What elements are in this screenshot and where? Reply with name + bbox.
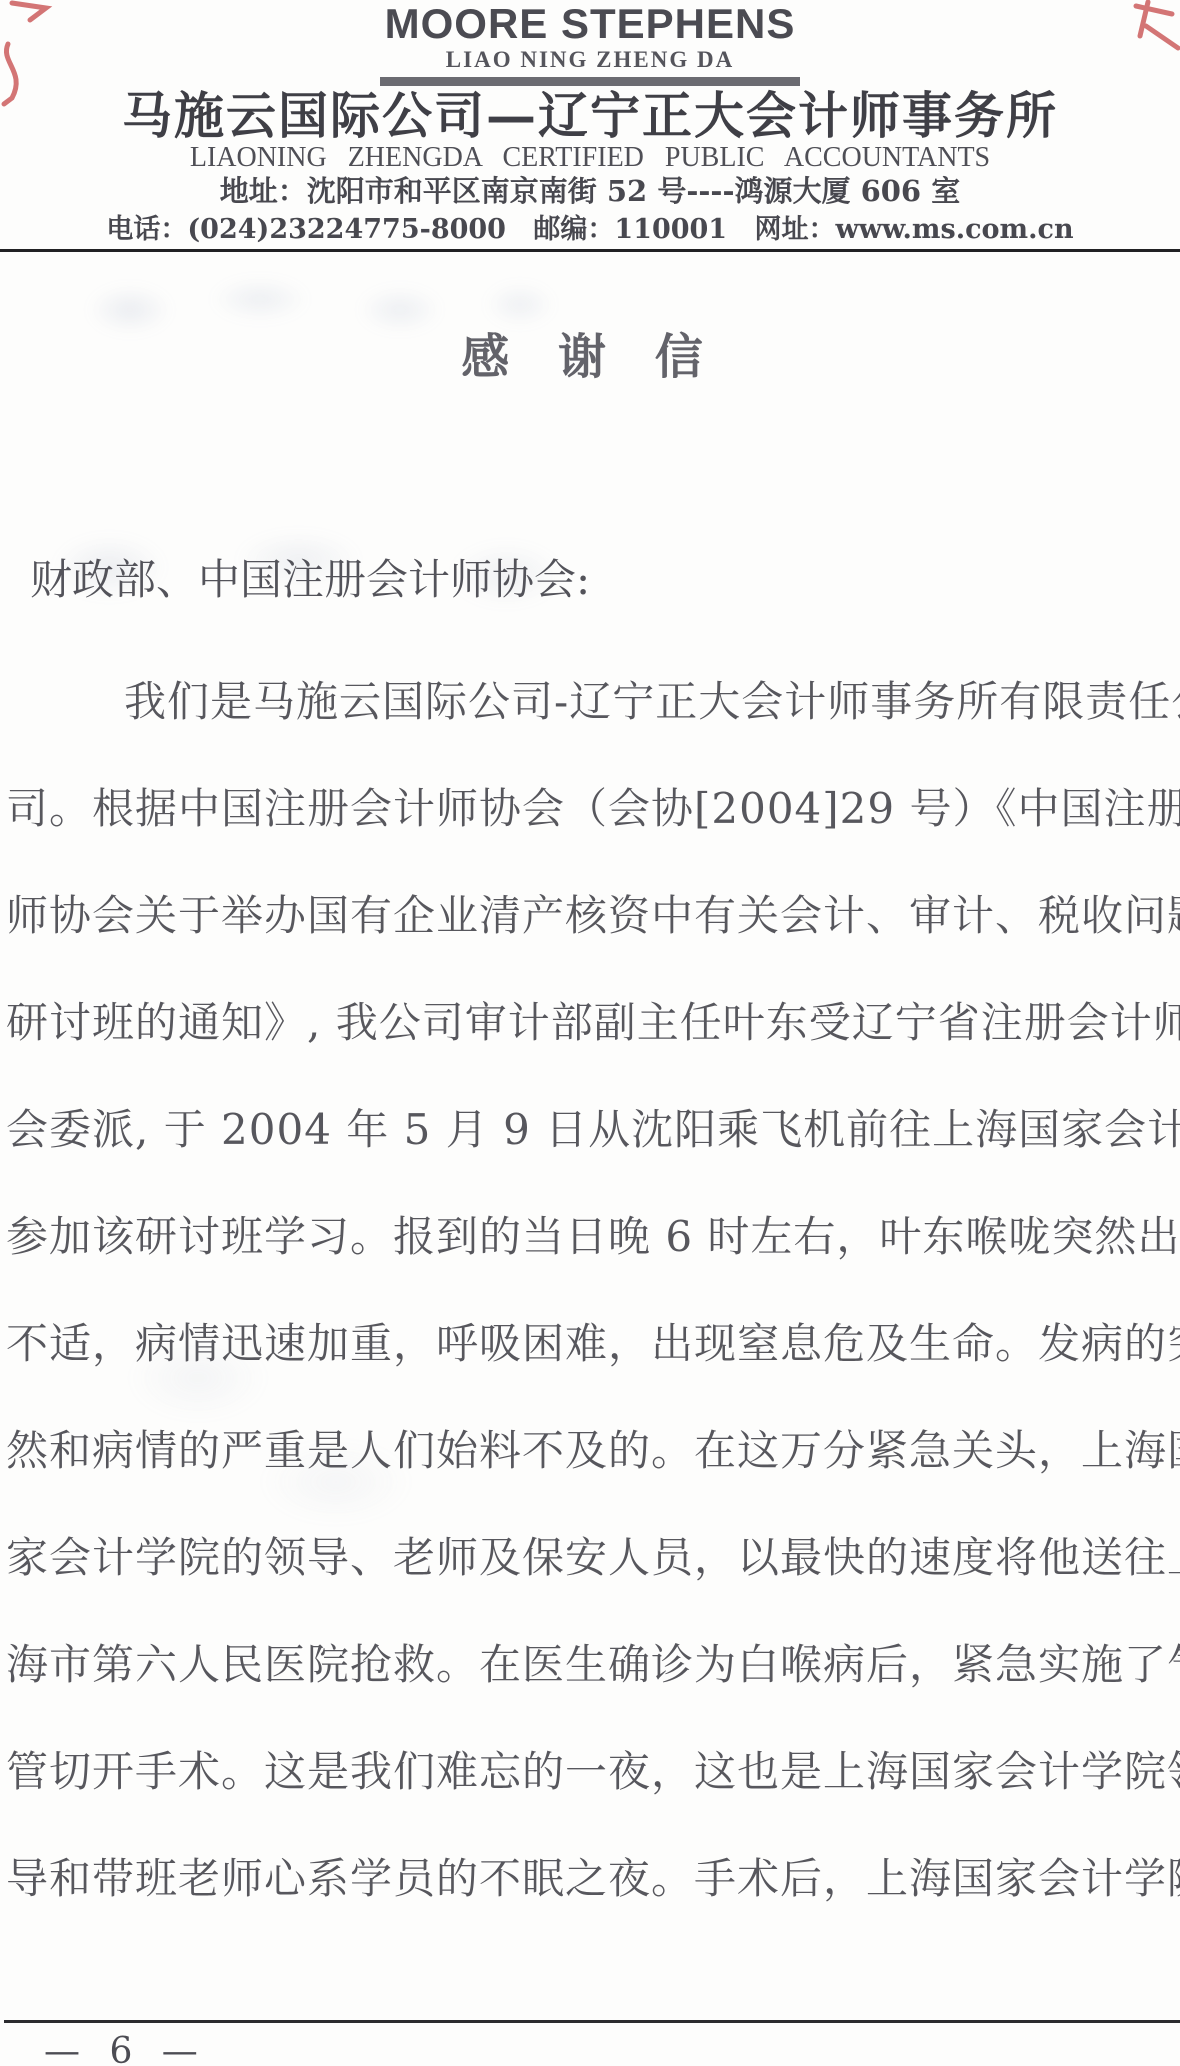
body-line: 不适，病情迅速加重，呼吸困难，出现窒息危及生命。发病的突 [6,1290,1180,1397]
company-name-chinese: 马施云国际公司—辽宁正大会计师事务所 [0,90,1180,142]
website-address: 网址：www.ms.com.cn [755,214,1074,245]
body-line: 然和病情的严重是人们始料不及的。在这万分紧急关头，上海国 [6,1397,1180,1504]
body-line: 司。根据中国注册会计师协会（会协[2004]29 号）《中国注册会计 [6,755,1180,862]
phone-number: 电话：(024)23224775-8000 [106,214,506,245]
brand-divider-bar [380,77,800,86]
brand-subtitle: LIAO NING ZHENG DA [0,48,1180,72]
body-line: 师协会关于举办国有企业清产核资中有关会计、审计、税收问题 [6,862,1180,969]
company-name-english: LIAONING ZHENGDA CERTIFIED PUBLIC ACCOUN… [0,144,1180,172]
body-line: 家会计学院的领导、老师及保安人员，以最快的速度将他送往上 [6,1504,1180,1611]
postal-code: 邮编：110001 [533,214,727,245]
address-line: 地址：沈阳市和平区南京南街 52 号----鸿源大厦 606 室 [0,176,1180,207]
body-line: 海市第六人民医院抢救。在医生确诊为白喉病后，紧急实施了气 [6,1611,1180,1718]
document-title: 感 谢 信 [0,326,1180,388]
body-line: 管切开手术。这是我们难忘的一夜，这也是上海国家会计学院领 [6,1718,1180,1825]
page-number: — 6 — [44,2030,198,2066]
salutation: 财政部、中国注册会计师协会: [30,552,590,608]
scanned-letter-page: MOORE STEPHENS LIAO NING ZHENG DA 马施云国际公… [0,0,1180,2066]
body-line: 导和带班老师心系学员的不眠之夜。手术后，上海国家会计学院 [6,1825,1180,1932]
body-line: 参加该研讨班学习。报到的当日晚 6 时左右，叶东喉咙突然出现 [6,1183,1180,1290]
brand-wordmark: MOORE STEPHENS [0,2,1180,46]
body-line: 会委派, 于 2004 年 5 月 9 日从沈阳乘飞机前往上海国家会计学院 [6,1076,1180,1183]
letter-body: 我们是马施云国际公司-辽宁正大会计师事务所有限责任公 司。根据中国注册会计师协会… [6,648,1180,1932]
contact-line: 电话：(024)23224775-8000 邮编：110001 网址：www.m… [0,215,1180,245]
footer-rule [4,2020,1180,2023]
body-line: 研讨班的通知》, 我公司审计部副主任叶东受辽宁省注册会计师协 [6,969,1180,1076]
body-line: 我们是马施云国际公司-辽宁正大会计师事务所有限责任公 [6,648,1180,755]
letterhead: MOORE STEPHENS LIAO NING ZHENG DA 马施云国际公… [0,2,1180,245]
letterhead-rule [0,249,1180,252]
